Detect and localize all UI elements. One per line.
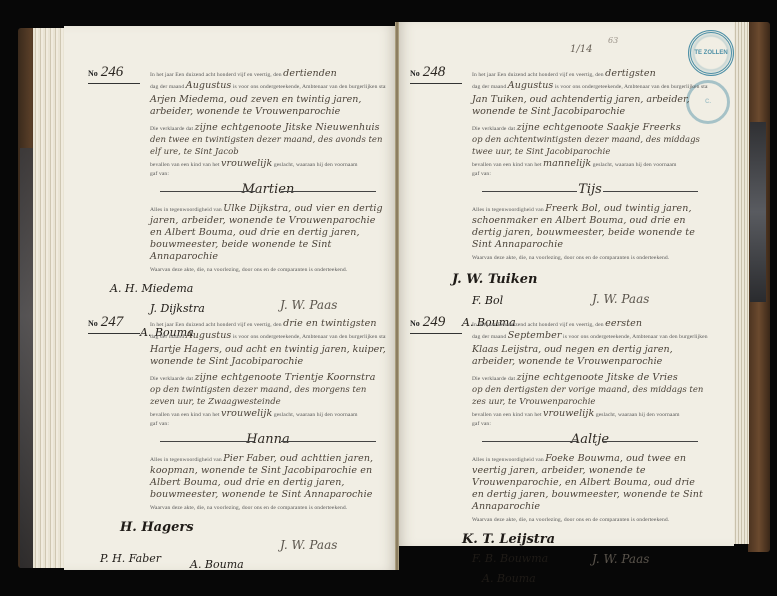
signature: F. Bol xyxy=(472,294,503,307)
birth-entry: No246 In het jaar Een duizend acht honde… xyxy=(150,68,386,352)
entry-number: No249 xyxy=(410,314,462,334)
signature: P. H. Faber xyxy=(100,552,161,565)
signature: A. Bouma xyxy=(190,558,244,571)
declarant: Arjen Miedema, oud zeven en twintig jare… xyxy=(150,94,386,118)
declarant: Hartje Hagers, oud acht en twintig jaren… xyxy=(150,344,386,368)
child-name: Hanna xyxy=(150,432,386,447)
signature: J. W. Tuiken xyxy=(452,272,537,287)
signature-block: H. Hagers P. H. Faber J. W. Paas A. Boum… xyxy=(150,518,386,590)
folio-number: 1/14 xyxy=(570,44,592,55)
signature: A. Bouma xyxy=(482,572,536,585)
signature: H. Hagers xyxy=(120,520,194,535)
child-name: Tijs xyxy=(472,182,708,197)
signature: J. W. Paas xyxy=(592,292,649,306)
signature: J. W. Paas xyxy=(280,298,337,312)
book-cover-right xyxy=(748,22,770,552)
child-name: Martien xyxy=(150,182,386,197)
page-edges-right xyxy=(733,22,749,544)
signature: F. B. Bouwma xyxy=(472,552,548,565)
signature: J. W. Paas xyxy=(592,552,649,566)
declarant: Klaas Leijstra, oud negen en dertig jare… xyxy=(472,344,708,368)
entry-number: No248 xyxy=(410,64,462,84)
signature-block: K. T. Leijstra F. B. Bouwma J. W. Paas A… xyxy=(472,530,708,596)
signature: J. Dijkstra xyxy=(150,302,205,315)
book-gutter xyxy=(395,22,399,570)
signature: A. H. Miedema xyxy=(110,282,193,295)
entry-number: No247 xyxy=(88,314,140,334)
folio-pencil: 63 xyxy=(608,36,618,45)
signature: K. T. Leijstra xyxy=(462,532,555,547)
entry-number: No246 xyxy=(88,64,140,84)
birth-entry: No248 In het jaar Een duizend acht honde… xyxy=(472,68,708,340)
birth-entry: No249 In het jaar Een duizend acht honde… xyxy=(472,318,708,596)
child-name: Aaltje xyxy=(472,432,708,447)
page-edges-left xyxy=(33,28,65,568)
declarant: Jan Tuiken, oud achtendertig jaren, arbe… xyxy=(472,94,708,118)
signature: J. W. Paas xyxy=(280,538,337,552)
birth-entry: No247 In het jaar Een duizend acht honde… xyxy=(150,318,386,590)
